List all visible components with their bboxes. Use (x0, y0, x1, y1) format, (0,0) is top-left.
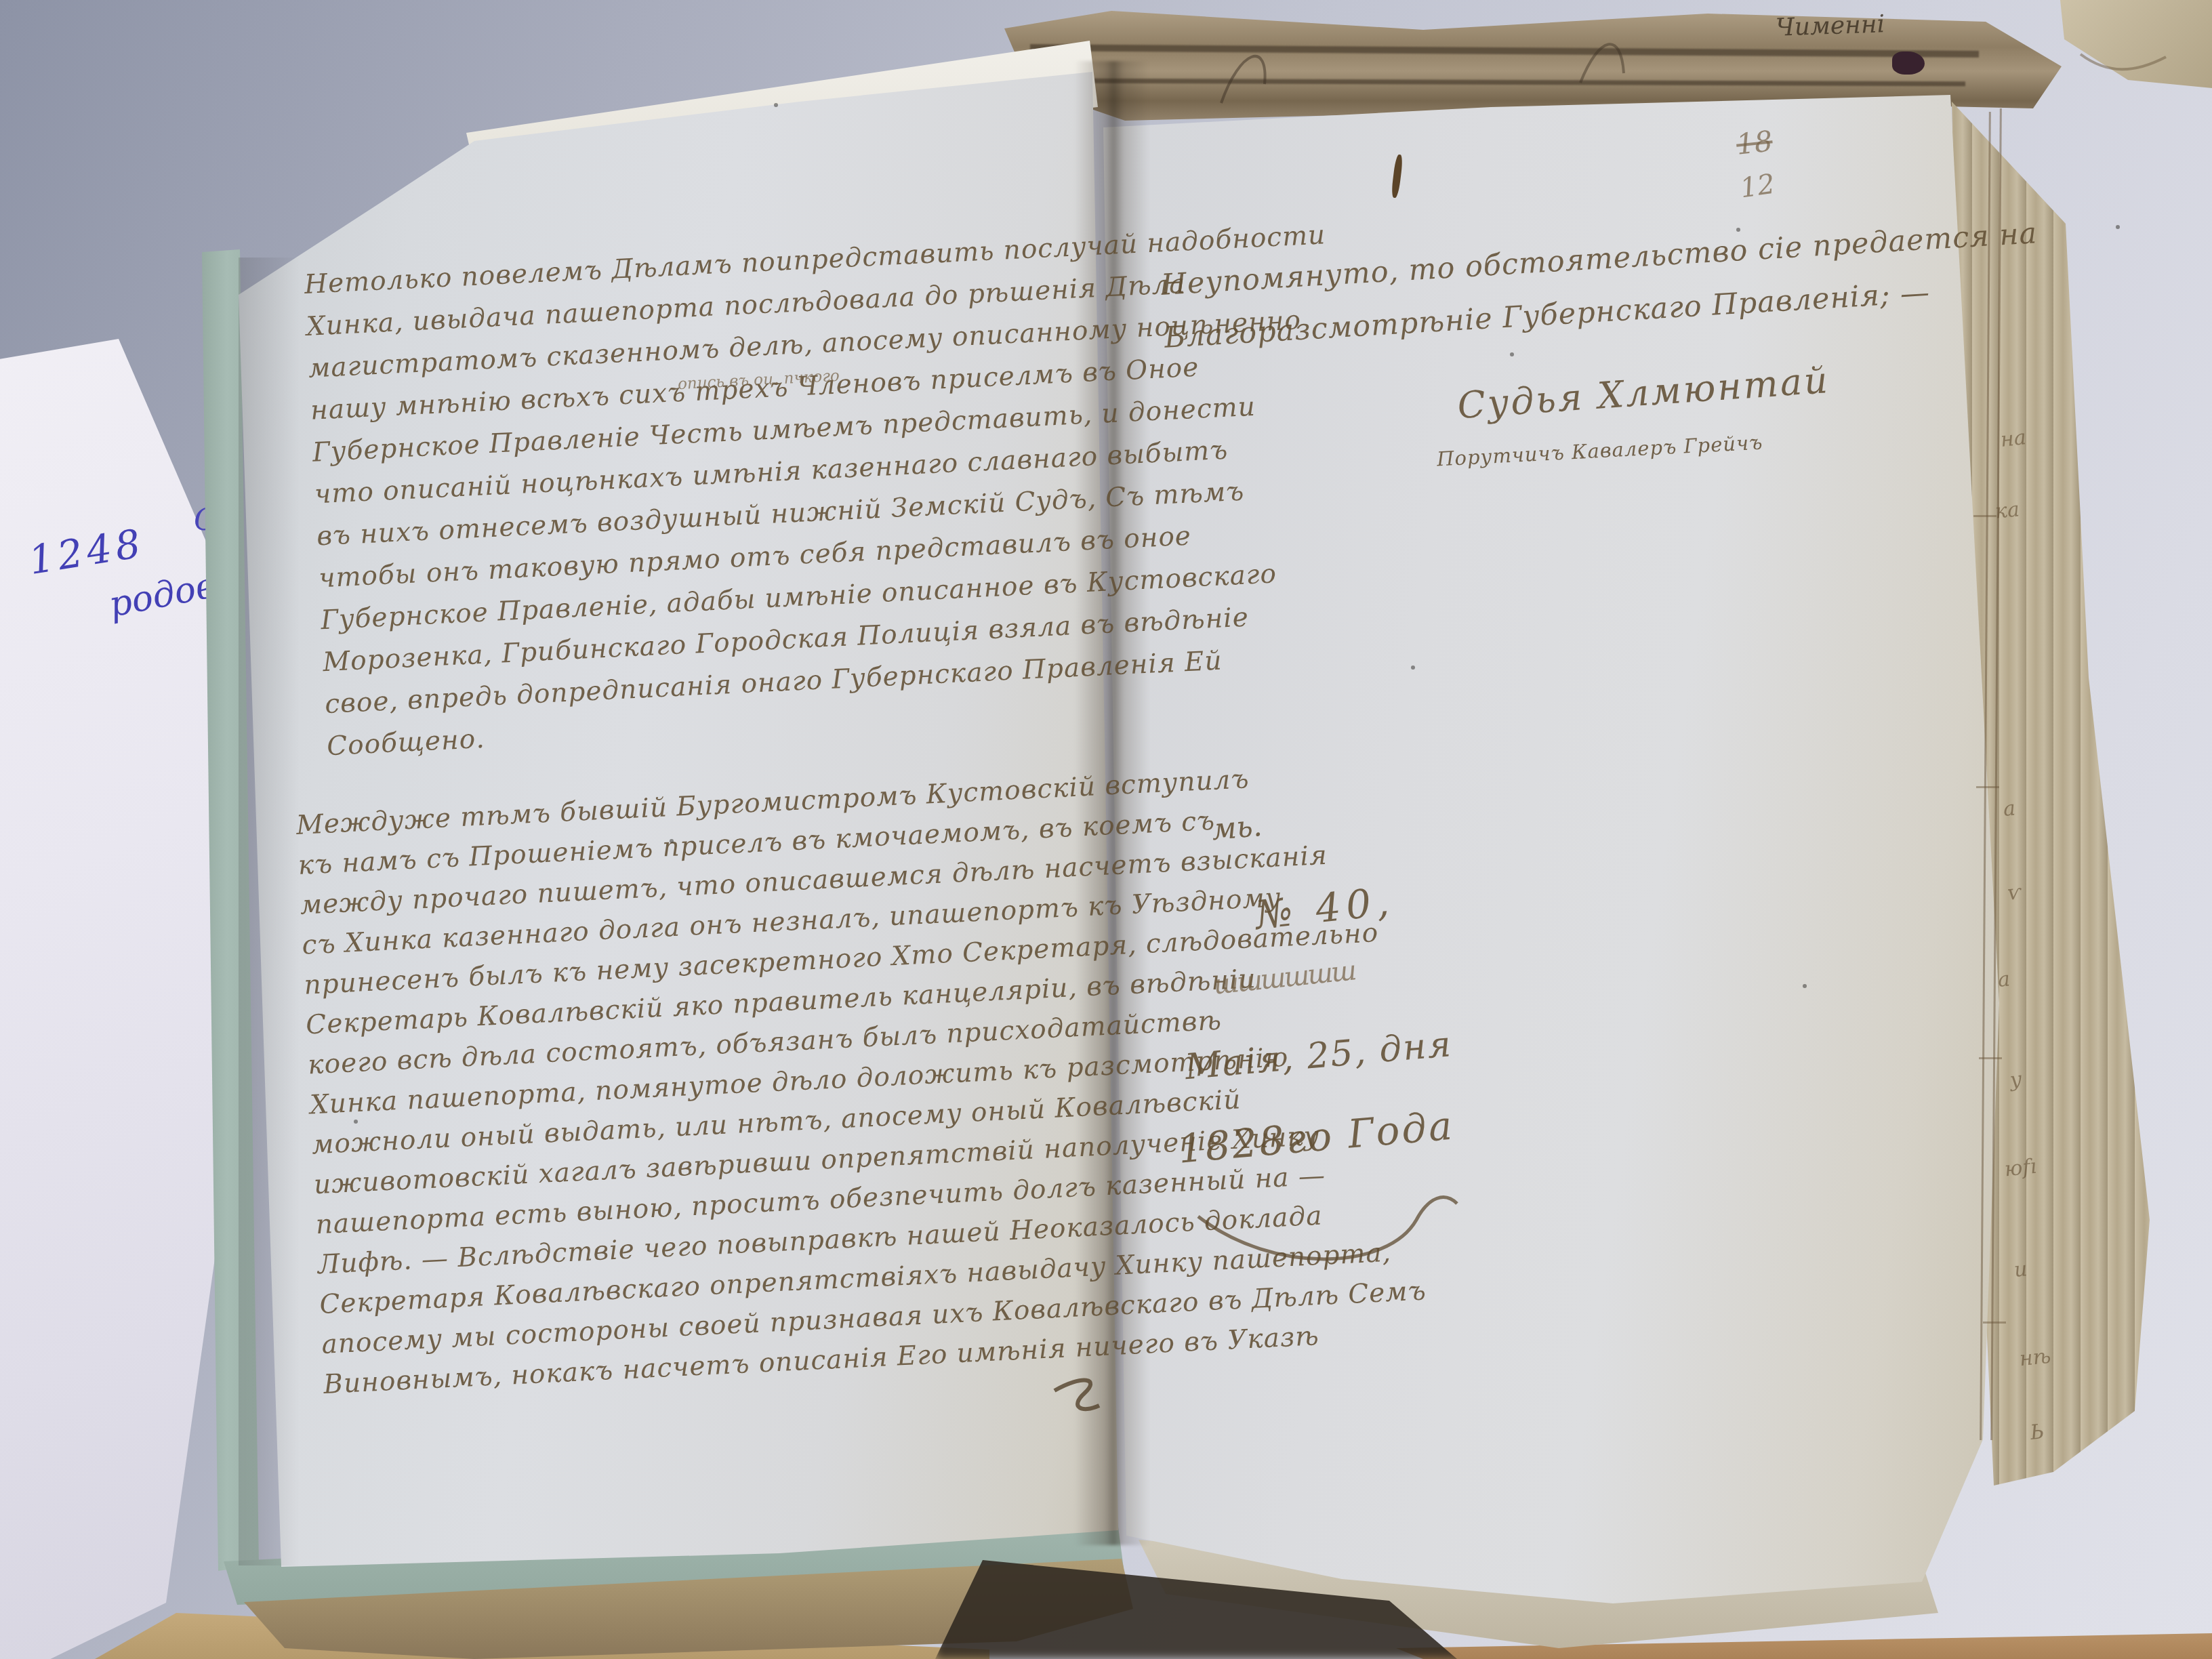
page-number-current: 12 (1738, 169, 1777, 205)
edge-letter-fragment: а (1996, 967, 2011, 992)
dust-speck (774, 103, 778, 107)
handwriting-fragment-top-edge: Чименні (1775, 10, 1885, 42)
left-page-edge-shadow (239, 258, 300, 1565)
dust-speck (354, 1120, 358, 1124)
edge-letter-fragment: юfı (2003, 1155, 2038, 1182)
marginal-note: мь. (1210, 808, 1264, 847)
dust-speck (1411, 665, 1415, 670)
dust-speck (1803, 984, 1807, 988)
edge-letter-fragment: ѵ (2006, 880, 2022, 905)
margin-tick (1976, 786, 1999, 788)
ink-stain-top-right (1892, 52, 1925, 75)
dust-speck (2116, 225, 2120, 229)
dust-speck (670, 839, 674, 843)
dust-speck (1510, 352, 1514, 356)
edge-letter-fragment: на (1999, 426, 2027, 452)
left-page-paragraph-2: Междуже тѣмъ бывшій Бургомистромъ Кустов… (295, 756, 1429, 1410)
edge-letter-fragment: а (2002, 796, 2016, 821)
margin-tick (1979, 1057, 2002, 1059)
page-number-old-crossed: 18 (1735, 124, 1774, 161)
photo-of-open-manuscript-book: 1248 родовъ С Чименні накааѵауюfıинѣЬ 18… (0, 0, 2212, 1659)
dust-speck (1736, 228, 1740, 232)
edge-letter-fragment: нѣ (2018, 1345, 2052, 1372)
edge-letter-fragment: Ь (2029, 1420, 2045, 1445)
margin-tick (1983, 1322, 2006, 1324)
edge-letter-fragment: у (2009, 1067, 2023, 1092)
margin-tick (1973, 515, 1996, 517)
page-corner-top-right (2057, 0, 2212, 102)
edge-letter-fragment: и (2013, 1257, 2028, 1282)
